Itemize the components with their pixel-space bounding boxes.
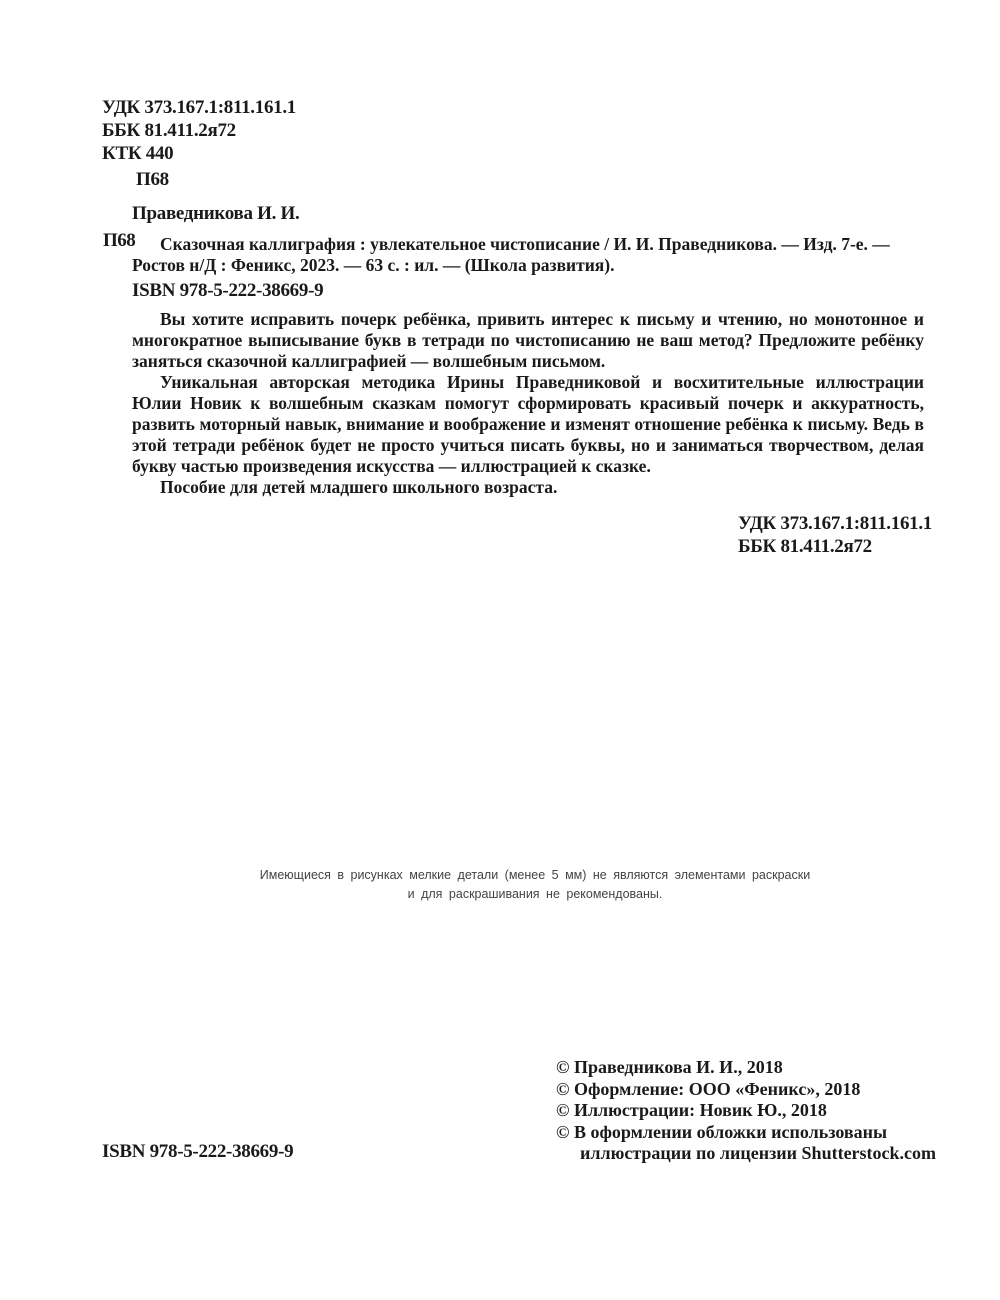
ktk-code: КТК 440 bbox=[102, 142, 296, 165]
author-heading: Праведникова И. И. bbox=[132, 203, 299, 225]
udk-code: УДК 373.167.1:811.161.1 bbox=[102, 96, 296, 119]
abstract-paragraph: Уникальная авторская методика Ирины Прав… bbox=[132, 372, 924, 477]
isbn: ISBN 978-5-222-38669-9 bbox=[132, 280, 323, 302]
coloring-note: Имеющиеся в рисунках мелкие детали (мене… bbox=[255, 866, 815, 904]
biblio-line-1: Сказочная каллиграфия : увлекательное чи… bbox=[132, 234, 890, 255]
copyright-line: © Праведникова И. И., 2018 bbox=[556, 1057, 936, 1079]
copyright-block: © Праведникова И. И., 2018 © Оформление:… bbox=[556, 1057, 936, 1165]
abstract-paragraph: Пособие для детей младшего школьного воз… bbox=[132, 477, 924, 498]
copyright-line: © В оформлении обложки использованы bbox=[556, 1122, 936, 1144]
bbk-code-repeat: ББК 81.411.2я72 bbox=[738, 535, 932, 558]
abstract-paragraph: Вы хотите исправить почерк ребёнка, прив… bbox=[132, 309, 924, 372]
classification-codes-repeat: УДК 373.167.1:811.161.1 ББК 81.411.2я72 bbox=[738, 512, 932, 558]
author-mark-inline: П68 bbox=[103, 230, 135, 252]
abstract: Вы хотите исправить почерк ребёнка, прив… bbox=[132, 309, 924, 498]
copyright-continuation: иллюстрации по лицензии Shutterstock.com bbox=[556, 1143, 936, 1165]
copyright-line: © Иллюстрации: Новик Ю., 2018 bbox=[556, 1100, 936, 1122]
udk-code-repeat: УДК 373.167.1:811.161.1 bbox=[738, 512, 932, 535]
coloring-note-line-1: Имеющиеся в рисунках мелкие детали (мене… bbox=[255, 866, 815, 885]
coloring-note-line-2: и для раскрашивания не рекомендованы. bbox=[255, 885, 815, 904]
bibliographic-description: Сказочная каллиграфия : увлекательное чи… bbox=[132, 234, 890, 276]
biblio-line-2: Ростов н/Д : Феникс, 2023. — 63 с. : ил.… bbox=[132, 255, 890, 276]
bbk-code: ББК 81.411.2я72 bbox=[102, 119, 296, 142]
footer-isbn: ISBN 978-5-222-38669-9 bbox=[102, 1141, 293, 1163]
author-mark: П68 bbox=[102, 168, 296, 191]
classification-codes: УДК 373.167.1:811.161.1 ББК 81.411.2я72 … bbox=[102, 96, 296, 191]
copyright-line: © Оформление: ООО «Феникс», 2018 bbox=[556, 1079, 936, 1101]
